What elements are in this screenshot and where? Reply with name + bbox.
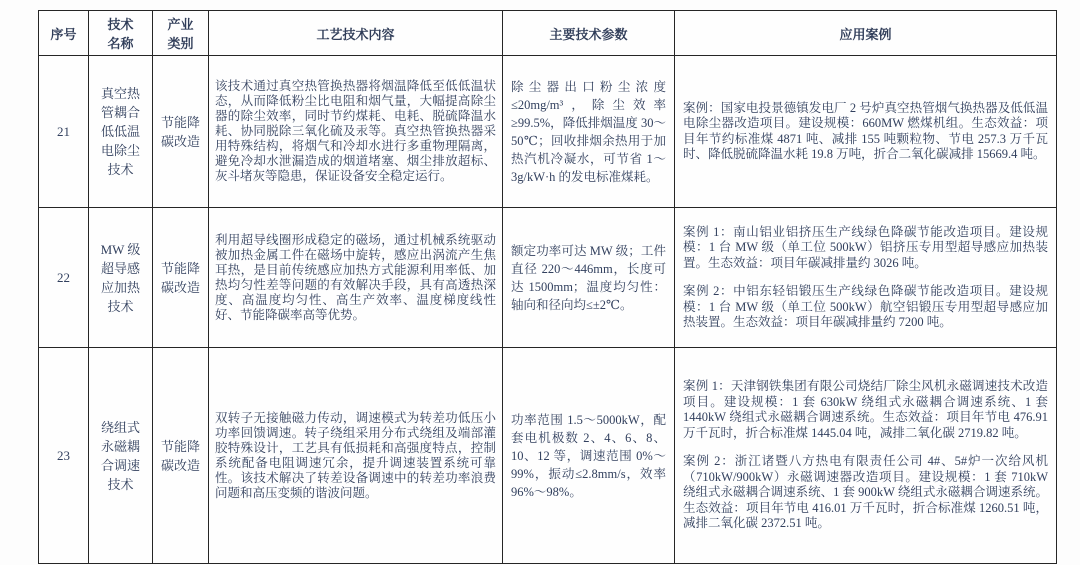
table-header-row: 序号 技术 名称 产业 类别 工艺技术内容 主要技术参数 应用案例 (39, 11, 1057, 56)
row-21-industry-category: 节能降碳改造 (153, 56, 209, 208)
header-no: 序号 (39, 11, 89, 56)
header-tech-name: 技术 名称 (89, 11, 153, 56)
header-tech-params: 主要技术参数 (503, 11, 675, 56)
row-22-case-1: 案例 1：南山铝业铝挤压生产线绿色降碳节能改造项目。建设规模：1 台 MW 级（… (683, 225, 1048, 272)
row-23-tech-params: 功率范围 1.5～5000kW，配套电机极数 2、4、6、8、10、12 等，调… (503, 348, 675, 564)
row-21-application-cases: 案例：国家电投景德镇发电厂 2 号炉真空热管烟气换热器及低低温电除尘器改造项目。… (675, 56, 1057, 208)
row-23-tech-name: 绕组式永磁耦合调速技术 (89, 348, 153, 564)
row-22-no: 22 (39, 208, 89, 348)
row-22-process-content: 利用超导线圈形成稳定的磁场，通过机械系统驱动被加热金属工件在磁场中旋转，感应出涡… (209, 208, 503, 348)
row-21-no: 21 (39, 56, 89, 208)
row-22-case-2: 案例 2：中铝东轻铝锻压生产线绿色降碳节能改造项目。建设规模：1 台 MW 级（… (683, 284, 1048, 331)
row-22-tech-name: MW 级超导感应加热技术 (89, 208, 153, 348)
row-23-industry-category: 节能降碳改造 (153, 348, 209, 564)
document-page: 序号 技术 名称 产业 类别 工艺技术内容 主要技术参数 应用案例 21 真空热… (0, 0, 1080, 565)
row-22-tech-params: 额定功率可达 MW 级；工件直径 220～446mm，长度可达 1500mm；温… (503, 208, 675, 348)
row-23-no: 23 (39, 348, 89, 564)
row-21-process-content: 该技术通过真空热管换热器将烟温降低至低低温状态，从而降低粉尘比电阻和烟气量，大幅… (209, 56, 503, 208)
row-21-case-1: 案例：国家电投景德镇发电厂 2 号炉真空热管烟气换热器及低低温电除尘器改造项目。… (683, 101, 1048, 163)
header-application-cases: 应用案例 (675, 11, 1057, 56)
header-process-content: 工艺技术内容 (209, 11, 503, 56)
row-21-tech-name: 真空热管耦合低低温电除尘技术 (89, 56, 153, 208)
table-row-21: 21 真空热管耦合低低温电除尘技术 节能降碳改造 该技术通过真空热管换热器将烟温… (39, 56, 1057, 208)
header-industry-category: 产业 类别 (153, 11, 209, 56)
row-23-case-1: 案例 1：天津钢铁集团有限公司烧结厂除尘风机永磁调速技术改造项目。建设规模：1 … (683, 379, 1048, 441)
technology-catalog-table: 序号 技术 名称 产业 类别 工艺技术内容 主要技术参数 应用案例 21 真空热… (38, 10, 1057, 564)
row-23-case-2: 案例 2：浙江诸暨八方热电有限责任公司 4#、5#炉一次给风机（710kW/90… (683, 454, 1048, 532)
row-23-process-content: 双转子无接触磁力传动，调速模式为转差功低压小功率回馈调速。转子绕组采用分布式绕组… (209, 348, 503, 564)
table-row-23: 23 绕组式永磁耦合调速技术 节能降碳改造 双转子无接触磁力传动，调速模式为转差… (39, 348, 1057, 564)
row-22-application-cases: 案例 1：南山铝业铝挤压生产线绿色降碳节能改造项目。建设规模：1 台 MW 级（… (675, 208, 1057, 348)
row-23-application-cases: 案例 1：天津钢铁集团有限公司烧结厂除尘风机永磁调速技术改造项目。建设规模：1 … (675, 348, 1057, 564)
table-row-22: 22 MW 级超导感应加热技术 节能降碳改造 利用超导线圈形成稳定的磁场，通过机… (39, 208, 1057, 348)
row-21-tech-params: 除尘器出口粉尘浓度≤20mg/m³，除尘效率≥99.5%，降低排烟温度 30～5… (503, 56, 675, 208)
row-22-industry-category: 节能降碳改造 (153, 208, 209, 348)
